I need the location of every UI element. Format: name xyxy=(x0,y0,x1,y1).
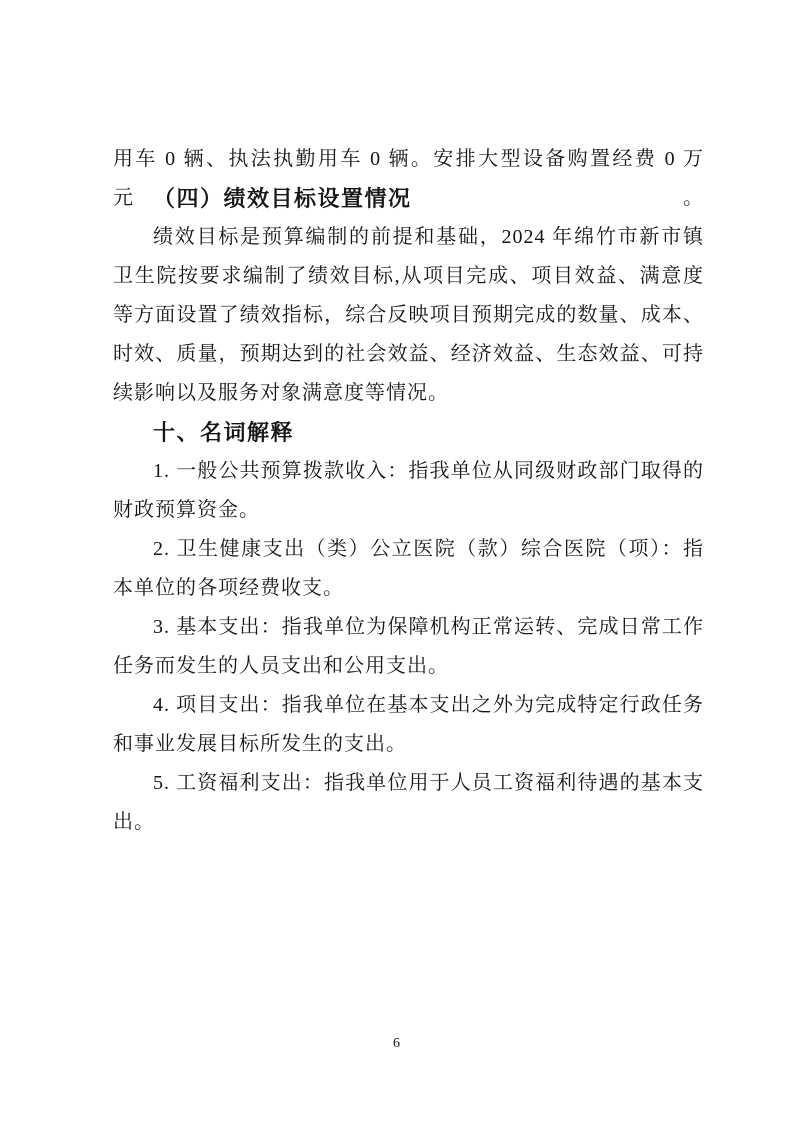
text-line: 绩效目标是预算编制的前提和基础，2024 年绵竹市新市镇 xyxy=(113,218,704,257)
text-line: 3. 基本支出：指我单位为保障机构正常运转、完成日常工作 xyxy=(113,608,704,647)
page-number: 6 xyxy=(0,1036,793,1052)
text-line: 时效、质量，预期达到的社会效益、经济效益、生态效益、可持 xyxy=(113,335,704,374)
text-line: 和事业发展目标所发生的支出。 xyxy=(113,725,704,764)
text-line: 续影响以及服务对象满意度等情况。 xyxy=(113,374,704,413)
text-line: 财政预算资金。 xyxy=(113,491,704,530)
section-heading-10: 十、名词解释 xyxy=(113,413,704,452)
text-line: 卫生院按要求编制了绩效目标,从项目完成、项目效益、满意度 xyxy=(113,257,704,296)
text-line: 出。 xyxy=(113,803,704,842)
text-line: 4. 项目支出：指我单位在基本支出之外为完成特定行政任务 xyxy=(113,686,704,725)
text-line: 2. 卫生健康支出（类）公立医院（款）综合医院（项）：指 xyxy=(113,530,704,569)
text-line: 任务而发生的人员支出和公用支出。 xyxy=(113,647,704,686)
text-line: 1. 一般公共预算拨款收入：指我单位从同级财政部门取得的 xyxy=(113,452,704,491)
document-body: 用车 0 辆、执法执勤用车 0 辆。安排大型设备购置经费 0 万元。 （四）绩效… xyxy=(113,140,704,842)
text-line: 5. 工资福利支出：指我单位用于人员工资福利待遇的基本支 xyxy=(113,764,704,803)
document-page: 用车 0 辆、执法执勤用车 0 辆。安排大型设备购置经费 0 万元。 （四）绩效… xyxy=(0,0,793,1122)
text-line: 本单位的各项经费收支。 xyxy=(113,569,704,608)
text-line: 等方面设置了绩效指标，综合反映项目预期完成的数量、成本、 xyxy=(113,296,704,335)
text-line: 用车 0 辆、执法执勤用车 0 辆。安排大型设备购置经费 0 万元。 xyxy=(113,140,704,179)
